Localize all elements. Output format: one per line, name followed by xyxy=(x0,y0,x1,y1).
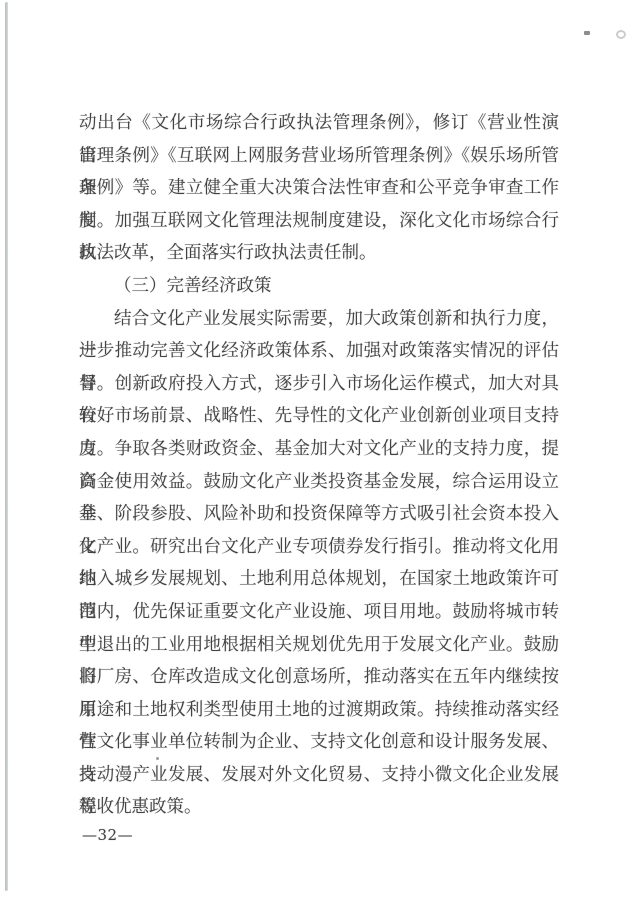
scan-edge-line xyxy=(5,2,8,891)
text-line: 性文化事业单位转制为企业、支持文化创意和设计服务发展、支 xyxy=(79,726,559,759)
text-line: 化产业。研究出台文化产业专项债券发行指引。推动将文化用地 xyxy=(79,531,559,564)
text-line: 用途和土地权利类型使用土地的过渡期政策。持续推动落实经营 xyxy=(79,694,559,727)
text-line: 条例》等。建立健全重大决策合法性审查和公平竞争审查工作制 xyxy=(79,172,559,205)
section-heading: （三）完善经济政策 xyxy=(79,270,559,303)
text-line: 较好市场前景、战略性、先导性的文化产业创新创业项目支持力 xyxy=(79,400,559,433)
text-line: 资金使用效益。鼓励文化产业类投资基金发展，综合运用设立基 xyxy=(79,466,559,499)
text-line: 税收优惠政策。 xyxy=(79,791,559,824)
scan-speck-icon xyxy=(616,30,626,39)
text-line: 度。加强互联网文化管理法规制度建设，深化文化市场综合行政 xyxy=(79,205,559,238)
document-body-text: 动出台《文化市场综合行政执法管理条例》，修订《营业性演出管理条例》《互联网上网服… xyxy=(79,107,559,824)
text-line: 中退出的工业用地根据相关规划优先用于发展文化产业。鼓励将 xyxy=(79,629,559,662)
text-line: 导。创新政府投入方式，逐步引入市场化运作模式，加大对具有 xyxy=(79,368,559,401)
text-line: 管理条例》《互联网上网服务营业场所管理条例》《娱乐场所管理 xyxy=(79,140,559,173)
text-line: 一步推动完善文化经济政策体系、加强对政策落实情况的评估督 xyxy=(79,335,559,368)
text-line: 度。争取各类财政资金、基金加大对文化产业的支持力度，提高 xyxy=(79,433,559,466)
page-number: —32— xyxy=(82,827,133,843)
text-line: 动出台《文化市场综合行政执法管理条例》，修订《营业性演出 xyxy=(79,107,559,140)
scan-speck-icon xyxy=(584,31,590,35)
text-line: 金、阶段参股、风险补助和投资保障等方式吸引社会资本投入文 xyxy=(79,498,559,531)
text-line: 执法改革，全面落实行政执法责任制。 xyxy=(79,237,559,270)
text-line: 纳入城乡发展规划、土地利用总体规划，在国家土地政策许可范 xyxy=(79,563,559,596)
text-line: 围内，优先保证重要文化产业设施、项目用地。鼓励将城市转型 xyxy=(79,596,559,629)
text-line: 旧厂房、仓库改造成文化创意场所，推动落实在五年内继续按原 xyxy=(79,661,559,694)
text-line: 结合文化产业发展实际需要，加大政策创新和执行力度，进 xyxy=(79,303,559,336)
scanned-document-page: 动出台《文化市场综合行政执法管理条例》，修订《营业性演出管理条例》《互联网上网服… xyxy=(0,0,634,899)
text-line: 持动漫产业发展、发展对外文化贸易、支持小微文化企业发展等 xyxy=(79,759,559,792)
